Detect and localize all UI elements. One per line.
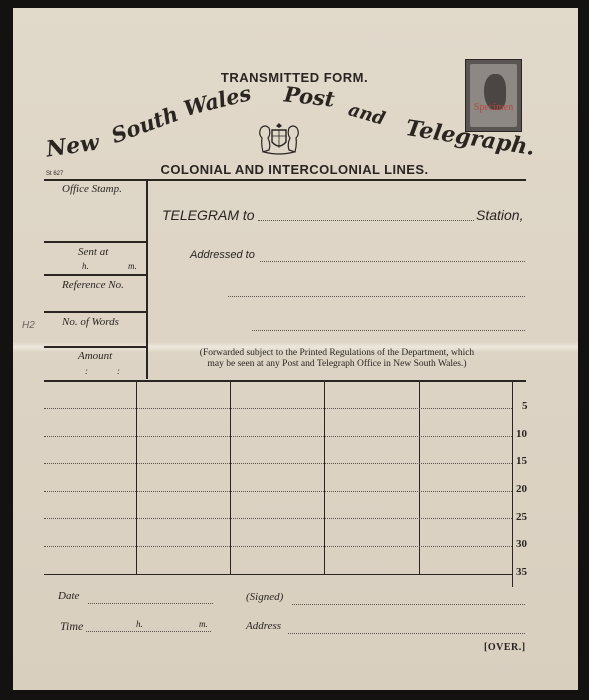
addressee-line-1[interactable] xyxy=(260,261,525,262)
sent-minutes-label: m. xyxy=(128,261,137,271)
stamp-frame: Specimen xyxy=(470,64,517,127)
notice-line-2: may be seen at any Post and Telegraph Of… xyxy=(148,359,526,370)
message-row[interactable] xyxy=(44,574,512,575)
address-label: Address xyxy=(246,620,281,632)
addressed-to-label: Addressed to xyxy=(190,249,255,261)
time-hours-label: h. xyxy=(136,619,143,629)
time-field[interactable] xyxy=(86,631,211,632)
rule xyxy=(44,241,146,243)
word-count-marker: 5 xyxy=(522,400,528,412)
rule xyxy=(44,346,146,348)
message-row[interactable] xyxy=(44,436,512,437)
message-row[interactable] xyxy=(44,518,512,519)
amount-separator: : xyxy=(117,366,120,376)
word-count-marker: 25 xyxy=(516,511,527,523)
over-indicator: [OVER.] xyxy=(484,642,526,653)
sent-hours-label: h. xyxy=(82,261,89,271)
office-stamp-label: Office Stamp. xyxy=(62,183,122,195)
word-count-label: No. of Words xyxy=(62,316,119,328)
telegram-to-label: TELEGRAM to xyxy=(162,207,255,223)
notice-line-1: (Forwarded subject to the Printed Regula… xyxy=(148,348,526,359)
word-count-marker: 35 xyxy=(516,566,527,578)
grid-top-rule xyxy=(44,380,526,382)
word-count-marker: 20 xyxy=(516,483,527,495)
reference-label: Reference No. xyxy=(62,279,124,291)
message-row[interactable] xyxy=(44,463,512,464)
rule xyxy=(44,274,146,276)
title-word-post: Post xyxy=(283,81,336,111)
grid-right-border xyxy=(512,382,513,587)
sender-address-field[interactable] xyxy=(288,633,525,634)
time-minutes-label: m. xyxy=(199,619,208,629)
reference-field[interactable] xyxy=(46,293,144,309)
top-rule xyxy=(44,179,526,181)
office-stamp-box[interactable] xyxy=(46,197,144,239)
date-field[interactable] xyxy=(88,603,213,604)
destination-station-field[interactable] xyxy=(258,220,474,221)
word-count-marker: 30 xyxy=(516,538,527,550)
signed-label: (Signed) xyxy=(246,591,283,603)
regulations-notice: (Forwarded subject to the Printed Regula… xyxy=(148,348,526,370)
message-row[interactable] xyxy=(44,491,512,492)
word-count-marker: 15 xyxy=(516,455,527,467)
addressee-line-2[interactable] xyxy=(228,296,525,297)
rule xyxy=(44,311,146,313)
addressee-line-3[interactable] xyxy=(252,330,525,331)
amount-label: Amount xyxy=(78,350,112,362)
postage-stamp: Specimen xyxy=(465,59,522,132)
word-count-marker: 10 xyxy=(516,428,527,440)
royal-coat-of-arms-icon xyxy=(256,120,302,156)
date-label: Date xyxy=(58,590,79,602)
specimen-overprint: Specimen xyxy=(470,102,517,113)
message-row[interactable] xyxy=(44,546,512,547)
time-label: Time xyxy=(60,619,83,634)
station-label: Station, xyxy=(476,207,523,223)
form-subtitle: COLONIAL AND INTERCOLONIAL LINES. xyxy=(0,162,589,177)
amount-separator: : xyxy=(85,366,88,376)
form-number: St 627 xyxy=(46,171,63,177)
signature-field[interactable] xyxy=(292,604,525,605)
handwritten-note: H2 xyxy=(22,320,35,331)
sent-at-label: Sent at xyxy=(78,246,108,258)
message-row[interactable] xyxy=(44,408,512,409)
